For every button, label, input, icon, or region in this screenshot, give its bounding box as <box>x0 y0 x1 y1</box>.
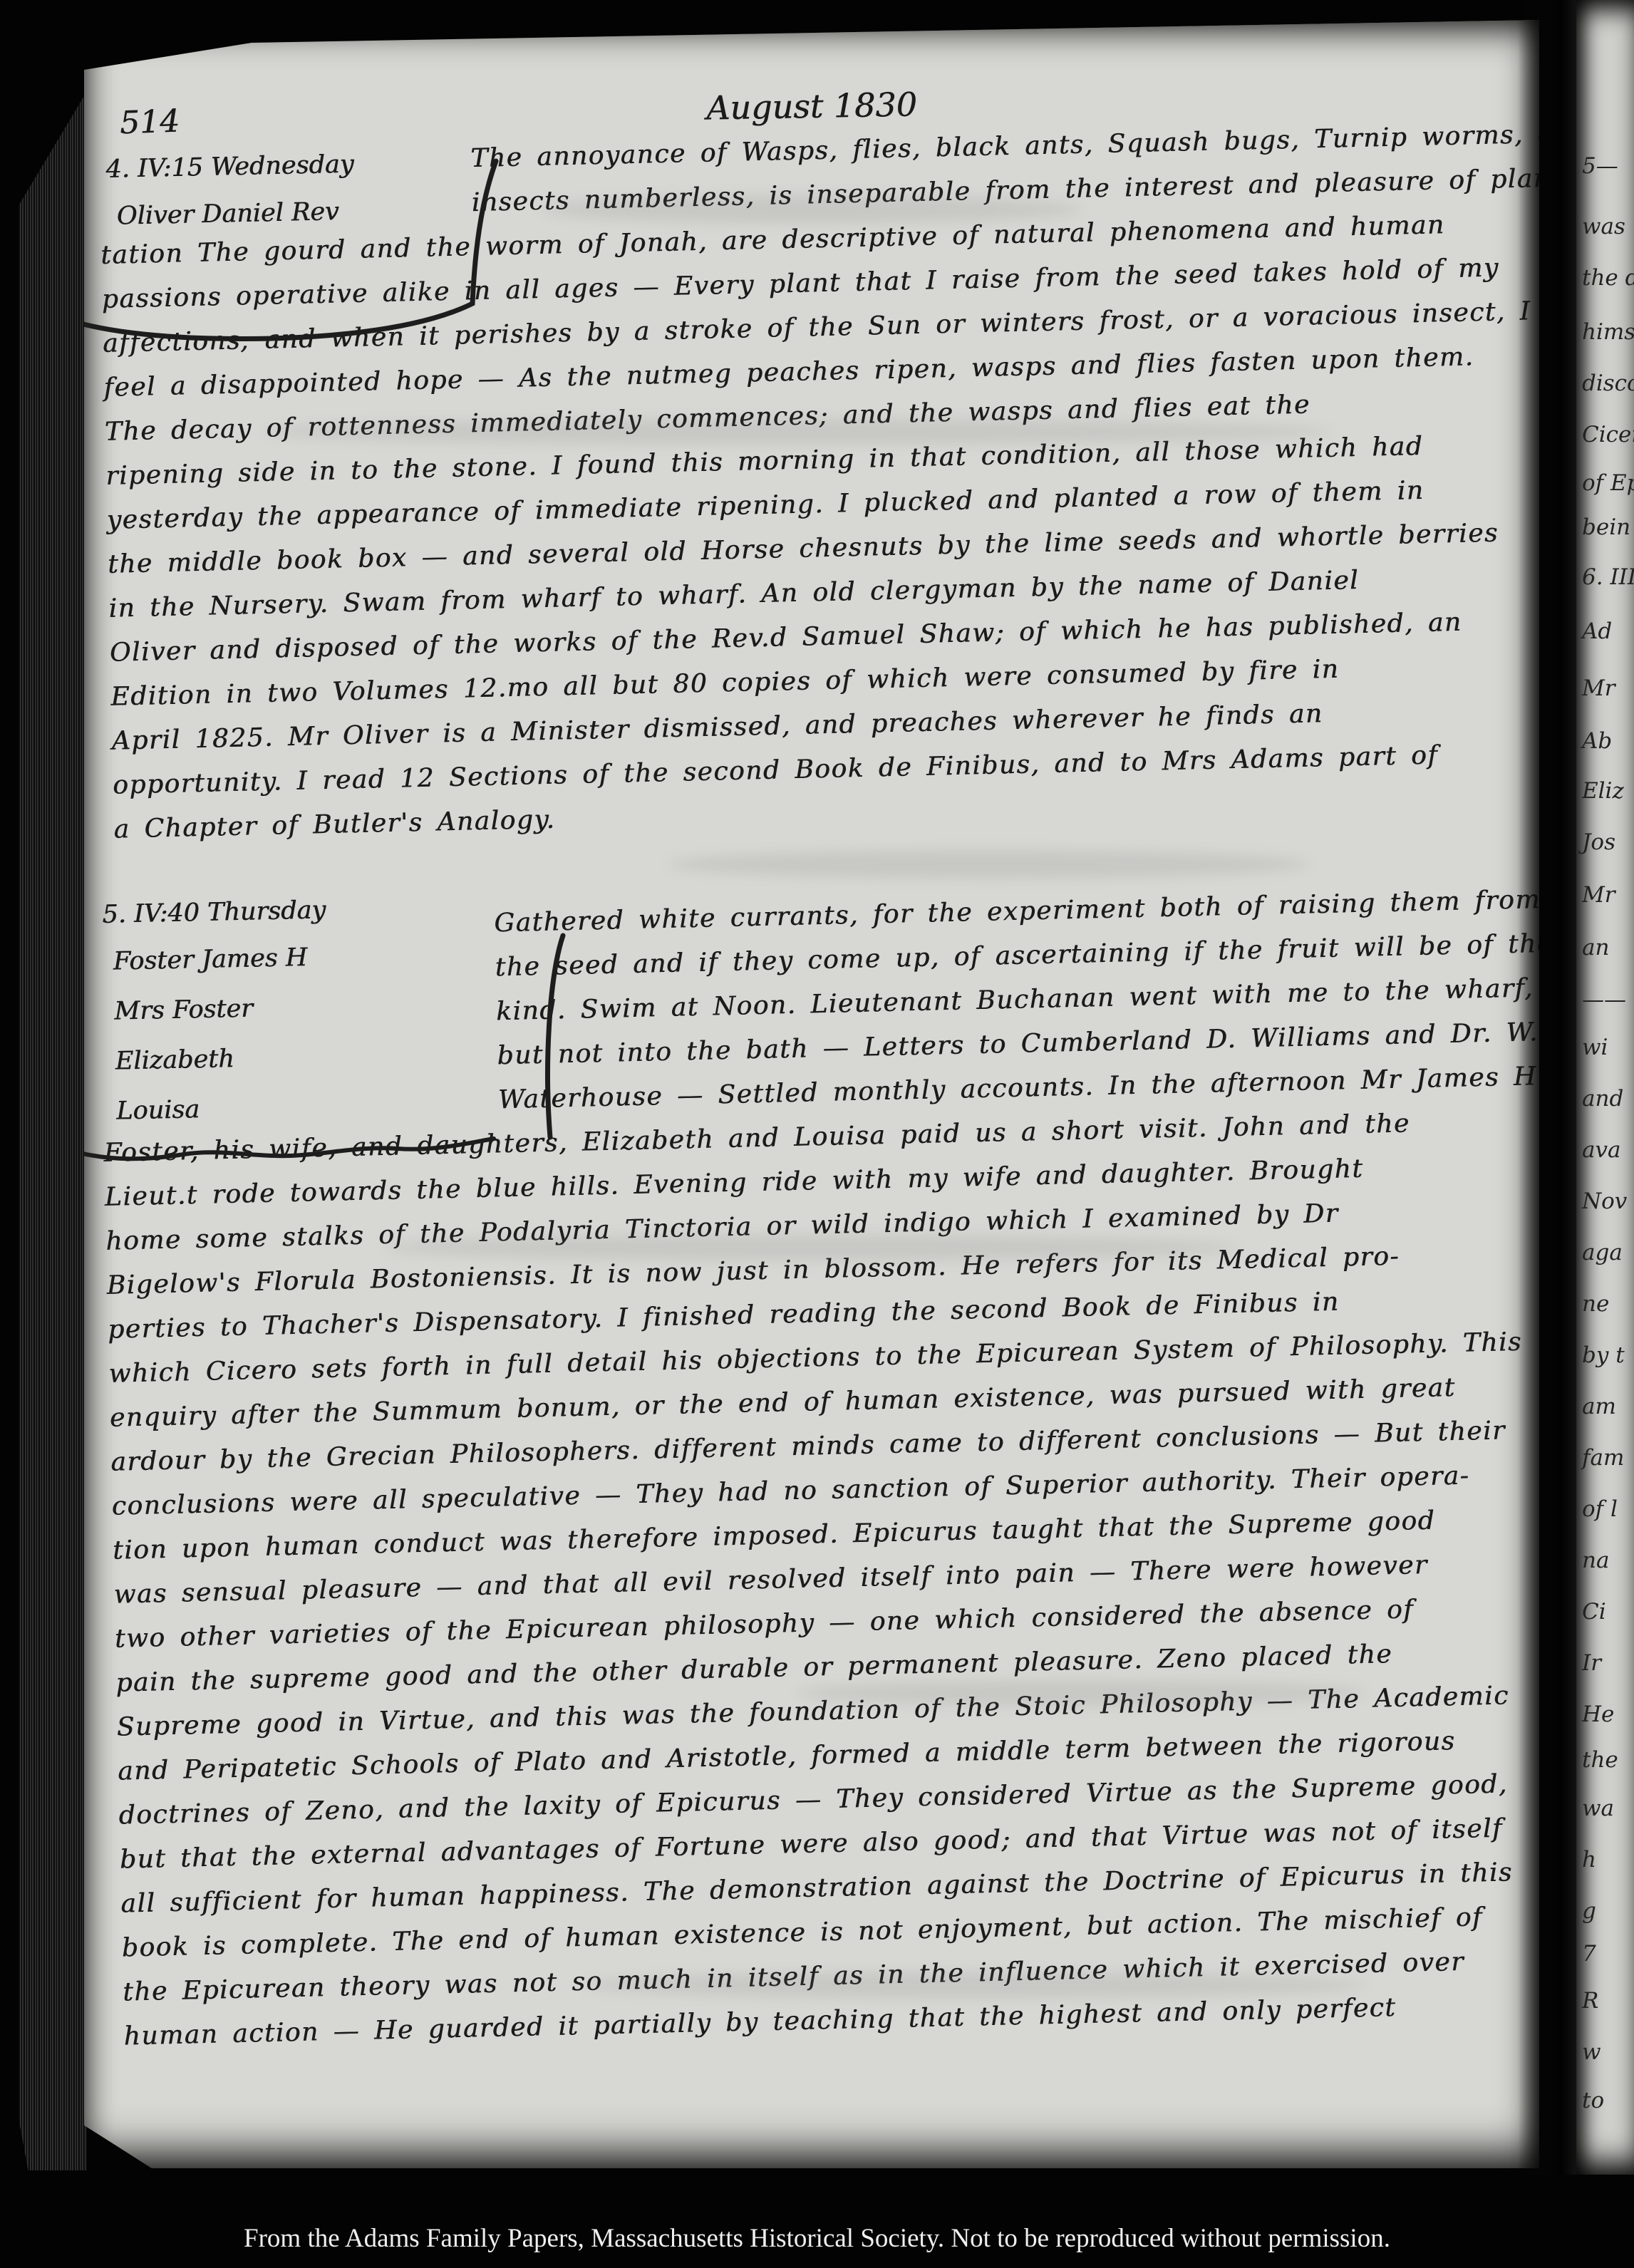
facing-page-text-fragment: 6. III <box>1582 564 1634 590</box>
facing-page-text-fragment: —— <box>1582 987 1626 1013</box>
facing-page-text-fragment: h <box>1582 1847 1596 1873</box>
entry1-body: The annoyance of Wasps, flies, black ant… <box>98 120 1545 859</box>
facing-page-text-fragment: He <box>1582 1702 1614 1727</box>
facing-page-text-fragment: hims <box>1582 319 1634 345</box>
facing-page-text-fragment: fam <box>1582 1445 1624 1471</box>
book-gutter-shadow <box>1518 0 1579 2175</box>
book-fore-edge <box>19 91 87 2170</box>
facing-page-text-fragment: R <box>1582 1988 1598 2014</box>
facing-page-text-fragment: Mr <box>1582 882 1615 908</box>
facing-page-text-fragment: bein <box>1582 514 1630 540</box>
facing-page-text-fragment: Ci <box>1582 1599 1606 1625</box>
facing-page-text-fragment: Mr <box>1582 675 1615 701</box>
facing-page-text-fragment: Nov <box>1582 1189 1627 1214</box>
facing-page-text-fragment: Ir <box>1582 1650 1601 1676</box>
facing-page-text-fragment: aga <box>1582 1240 1623 1265</box>
manuscript-page: 514 August 1830 4. IV:15 Wednesday Olive… <box>84 20 1539 2168</box>
facing-page-text-fragment: to <box>1582 2088 1604 2113</box>
facing-page-text-fragment: of l <box>1582 1496 1618 1522</box>
entry2-body: Gathered white currants, for the experim… <box>98 885 1555 2066</box>
facing-page-text-fragment: 7 <box>1582 1941 1596 1967</box>
facing-page-text-fragment: and <box>1582 1086 1623 1112</box>
ink-bleedthrough <box>583 1972 1367 1998</box>
ink-bleedthrough <box>262 419 1331 445</box>
ink-bleedthrough <box>797 1680 1367 1706</box>
facing-page-text-fragment: wa <box>1582 1796 1614 1821</box>
facing-page-text-fragment: the <box>1582 1747 1618 1773</box>
facing-page-text-fragment: am <box>1582 1394 1616 1419</box>
facing-page-text-fragment: Ab <box>1582 728 1612 754</box>
facing-page-text-fragment: by t <box>1582 1342 1625 1368</box>
facing-page-text-fragment: ava <box>1582 1137 1620 1163</box>
ink-bleedthrough <box>668 850 1310 879</box>
facing-page-text-fragment: Ad <box>1582 618 1612 644</box>
facing-page-text-fragment: wi <box>1582 1035 1608 1060</box>
facing-page-text-fragment: ne <box>1582 1291 1609 1317</box>
facing-page-text-fragment: an <box>1582 935 1609 960</box>
facing-page-text-fragment: 5— <box>1582 153 1618 179</box>
scanned-diary-photo: { "page": { "number": "514", "header": "… <box>0 0 1634 2268</box>
facing-page-text-fragment: of Ep <box>1582 470 1634 496</box>
facing-page-text-fragment: the d <box>1582 265 1634 291</box>
facing-page-text-fragment: disco <box>1582 371 1634 396</box>
facing-page-text-fragment: Eliz <box>1582 778 1624 804</box>
facing-page-text-fragment: was <box>1582 214 1625 239</box>
facing-page-text-fragment: g <box>1582 1898 1596 1924</box>
facing-page-text-fragment: w <box>1582 2039 1601 2065</box>
ink-bleedthrough <box>383 1235 1239 1260</box>
archive-caption: From the Adams Family Papers, Massachuse… <box>0 2223 1634 2254</box>
facing-page-sliver: 5—wasthe dhimsdiscoCicerof Epbein6. IIIA… <box>1576 0 1634 2175</box>
facing-page-text-fragment: Cicer <box>1582 422 1634 447</box>
facing-page-text-fragment: na <box>1582 1548 1609 1573</box>
facing-page-text-fragment: Jos <box>1582 829 1615 855</box>
ink-bleedthrough <box>540 195 1082 224</box>
